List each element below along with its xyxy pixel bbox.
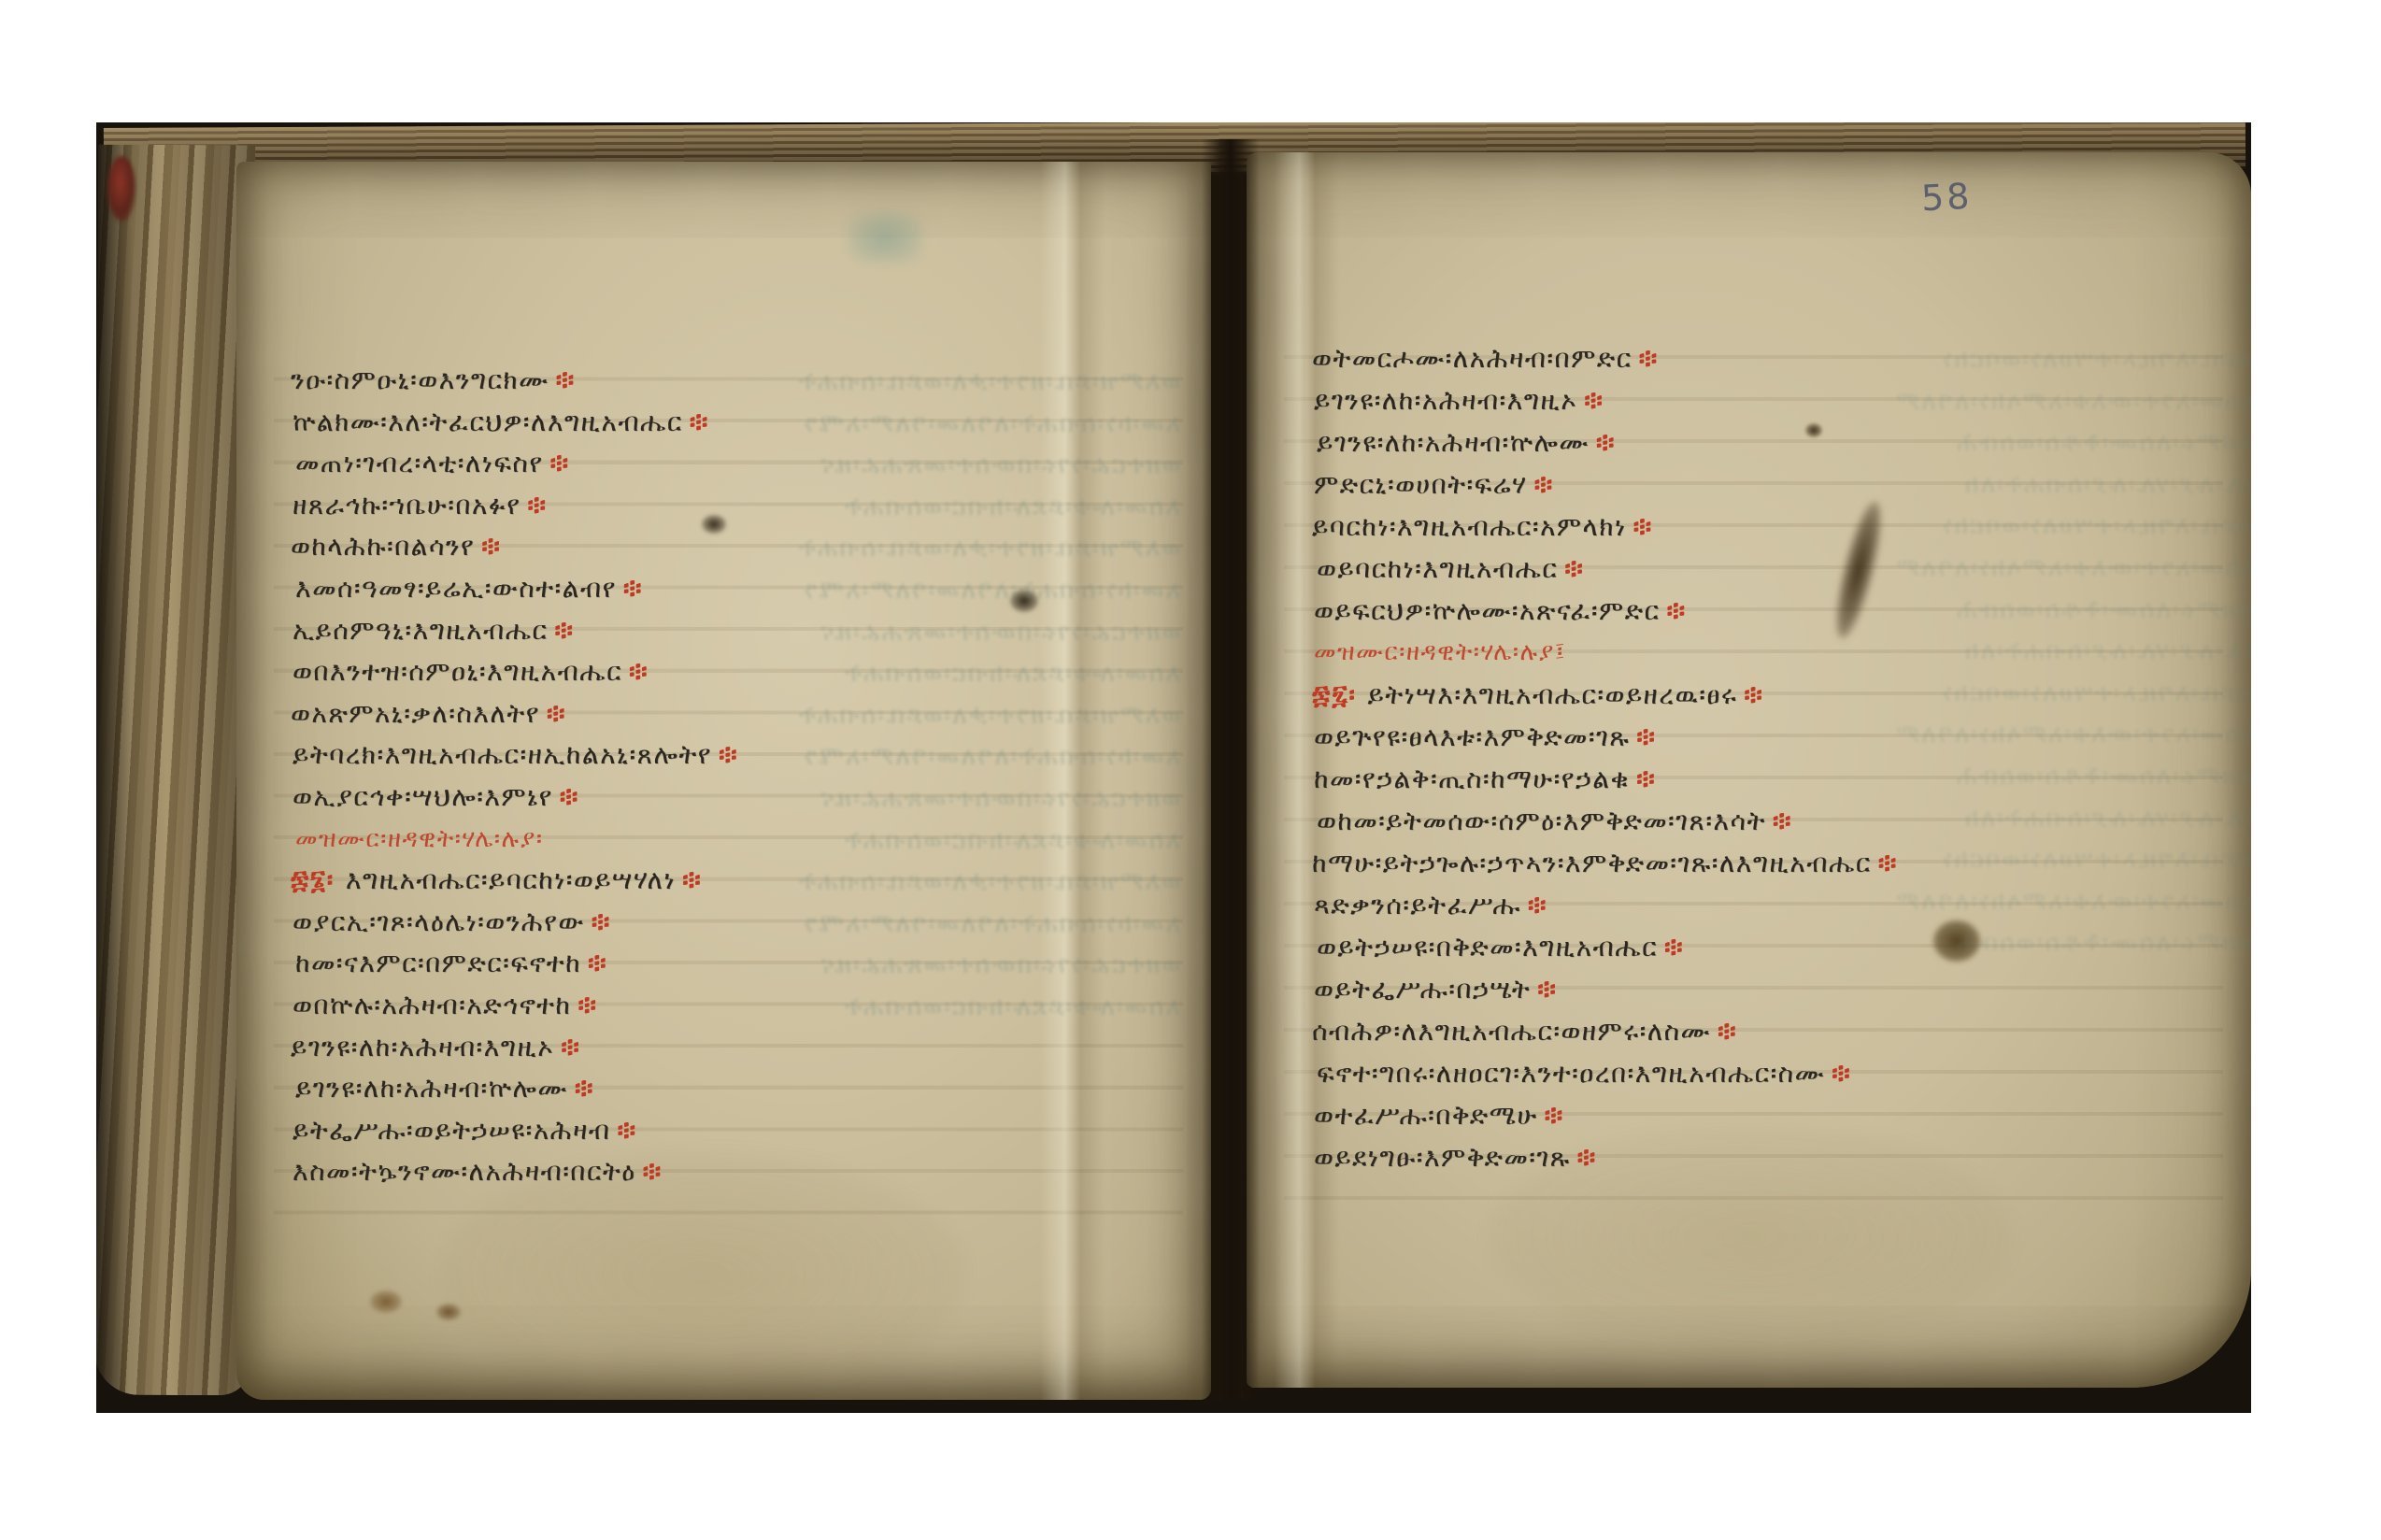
line-end-mark: ፨ (544, 448, 570, 478)
line-end-mark: ፨ (611, 1115, 637, 1146)
line-text: ወይፍርህዎ፡ኵሎሙ፡አጽናፈ፡ምድር (1314, 595, 1660, 626)
manuscript-line: ኢይሰምዓኒ፡እግዚአብሔር፨ (292, 610, 738, 652)
manuscript-line: ወይትኃሠዩ፡በቅድመ፡እግዚአብሔር፨ (1317, 926, 1903, 968)
line-text: ወይትፌሥሑ፡በኃሤት (1314, 974, 1531, 1005)
line-text: ኢይሰምዓኒ፡እግዚአብሔር (292, 615, 548, 646)
left-page: ወእምዝ፡ይቤ፡ዘንተ፡ቃለ፡ወይቤ፡ስብሐትአመ፡ኮነ፡ስብሐት፡ለዓለመ፡ዓ… (236, 162, 1211, 1400)
manuscript-line: ጻድቃንሰ፡ይትፈሥሑ፨ (1314, 884, 1900, 926)
line-end-mark: ፨ (554, 1032, 580, 1062)
line-text: ወይትኃሠዩ፡በቅድመ፡እግዚአብሔር (1317, 932, 1658, 962)
manuscript-line: ፷፮፡እግዚአብሔር፡ይባርከነ፡ወይሣሃለነ፨ (291, 860, 736, 902)
line-end-mark: ፨ (585, 906, 611, 937)
manuscript-line: ይባርከነ፡እግዚአብሔር፡አምላክነ፨ (1312, 506, 1898, 548)
line-end-mark: ፨ (1627, 511, 1653, 542)
line-end-mark: ፨ (1660, 595, 1686, 626)
line-text: ከማሁ፡ይትኃጐሉ፡ኃጥኣን፡እምቅድመ፡ገጹ፡ለእግዚአብሔር (1312, 848, 1872, 878)
line-end-mark: ፨ (1571, 1142, 1597, 1173)
line-text: እስመ፡ትኴንኖሙ፡ለአሕዛብ፡በርትዕ (292, 1156, 636, 1187)
manuscript-line: ከማሁ፡ይትኃጐሉ፡ኃጥኣን፡እምቅድመ፡ገጹ፡ለእግዚአብሔር፨ (1312, 842, 1898, 884)
right-page: 58 ወይቤ፡እግዚኦ፡ተሣሀለነ፡ወባርከነእስመ፡አንተ፡ውእቱ፡አምላክነ… (1247, 152, 2251, 1388)
binding-fragment (107, 156, 135, 221)
line-end-mark: ፨ (636, 1156, 663, 1187)
manuscript-line: መጠነ፡ገብረ፡ላቲ፡ለነፍስየ፨ (295, 443, 741, 485)
manuscript-line: ወይባርከነ፡እግዚአብሔር፨ (1317, 548, 1903, 590)
manuscript-line: ወኢያርኅቀ፡ሣህሎ፡እምኔየ፨ (292, 777, 738, 819)
line-text: እግዚአብሔር፡ይባርከነ፡ወይሣሃለነ (346, 864, 676, 895)
manuscript-line: ዘጸራኅኩ፡ኀቤሁ፡በአፉየ፨ (292, 485, 738, 527)
manuscript-line: ይትባረክ፡እግዚአብሔር፡ዘኢከልአኒ፡ጸሎትየ፨ (292, 734, 738, 777)
chapter-number-red: ፷፮፡ (291, 864, 346, 895)
manuscript-line: ወበኵሉ፡አሕዛብ፡አድኅኖተከ፨ (292, 985, 738, 1027)
line-text: ምድርኒ፡ወሀበት፡ፍሬሃ (1314, 469, 1528, 500)
manuscript-line: ወከመ፡ይትመሰው፡ሰምዕ፡እምቅድመ፡ገጸ፡እሳት፨ (1317, 800, 1903, 842)
line-text: መዝሙር፡ዘዳዊት፡ሃሌ፡ሉያ፤ (1314, 638, 1566, 666)
manuscript-line: ከመ፡ናእምር፡በምድር፡ፍኖተከ፨ (295, 943, 741, 985)
manuscript-line: እስመ፡ትኴንኖሙ፡ለአሕዛብ፡በርትዕ፨ (292, 1151, 738, 1193)
line-end-mark: ፨ (1630, 721, 1656, 752)
manuscript-line: ይገንዩ፡ለከ፡አሕዛብ፡እግዚኦ፨ (1314, 379, 1900, 421)
parchment-crease (1040, 162, 1105, 1400)
manuscript-line: ይገንዩ፡ለከ፡አሕዛብ፡ኵሎሙ፨ (1317, 421, 1903, 463)
manuscript-line: ኵልክሙ፡እለ፡ትፈርህዎ፡ለእግዚአብሔር፨ (292, 402, 738, 444)
manuscript-line: ወይደነግፁ፡እምቅድመ፡ገጹ፨ (1314, 1136, 1900, 1178)
line-end-mark: ፨ (553, 781, 579, 812)
manuscript-line: ወትመርሖሙ፡ለአሕዛብ፡በምድር፨ (1312, 337, 1898, 379)
manuscript-photo: ወእምዝ፡ይቤ፡ዘንተ፡ቃለ፡ወይቤ፡ስብሐትአመ፡ኮነ፡ስብሐት፡ለዓለመ፡ዓ… (96, 122, 2251, 1413)
line-text: ይገንዩ፡ለከ፡አሕዛብ፡ኵሎሙ (1317, 427, 1590, 458)
line-end-mark: ፨ (1766, 806, 1792, 836)
line-text: ወይባርከነ፡እግዚአብሔር (1317, 553, 1558, 584)
line-text: ዘጸራኅኩ፡ኀቤሁ፡በአፉየ (292, 490, 520, 520)
manuscript-line: ወይትፌሥሑ፡በኃሤት፨ (1314, 968, 1900, 1010)
manuscript-line: ይገንዩ፡ለከ፡አሕዛብ፡እግዚኦ፨ (291, 1027, 736, 1069)
line-end-mark: ፨ (1737, 679, 1763, 710)
line-text: ይትፌሥሑ፡ወይትኃሠዩ፡አሕዛብ (292, 1115, 611, 1146)
line-text: ወኢያርኅቀ፡ሣህሎ፡እምኔየ (292, 781, 553, 812)
stain (370, 1290, 402, 1313)
manuscript-line: ይትፌሥሑ፡ወይትኃሠዩ፡አሕዛብ፨ (292, 1110, 738, 1152)
line-text: ጻድቃንሰ፡ይትፈሥሑ (1314, 890, 1521, 920)
line-end-mark: ፨ (520, 490, 547, 520)
manuscript-line: ፍኖተ፡ግበሩ፡ለዘዐርገ፡እንተ፡ዐረበ፡እግዚአብሔር፡ስሙ፨ (1317, 1052, 1903, 1094)
manuscript-line: ወአጽምአኒ፡ቃለ፡ስእለትየ፨ (291, 693, 736, 735)
line-end-mark: ፨ (683, 406, 709, 437)
line-text: ፍኖተ፡ግበሩ፡ለዘዐርገ፡እንተ፡ዐረበ፡እግዚአብሔር፡ስሙ (1317, 1058, 1825, 1089)
line-text: ወያርኢ፡ገጾ፡ላዕሌነ፡ወንሕየው (292, 906, 585, 937)
line-text: መዝሙር፡ዘዳዊት፡ሃሌ፡ሉያ፡ (295, 825, 543, 853)
line-end-mark: ፨ (617, 573, 643, 604)
chapter-number-red: ፷፯፡ (1312, 679, 1368, 710)
line-end-mark: ፨ (568, 1073, 594, 1104)
line-text: ወተፈሥሑ፡በቅድሜሁ (1314, 1100, 1538, 1131)
line-text: ይገንዩ፡ለከ፡አሕዛብ፡እግዚኦ (291, 1032, 554, 1062)
line-end-mark: ፨ (1521, 890, 1547, 920)
line-text: ይትነሣእ፡እግዚአብሔር፡ወይዘረዉ፡ፀሩ (1368, 679, 1738, 710)
stain (1010, 590, 1038, 612)
line-end-mark: ፨ (475, 531, 501, 562)
book-gutter (1202, 139, 1260, 1401)
manuscript-line: ወበእንተዝ፡ሰምዐኒ፡እግዚአብሔር፨ (292, 651, 738, 693)
line-text: ይገንዩ፡ለከ፡አሕዛብ፡እግዚኦ (1314, 385, 1577, 416)
line-end-mark: ፨ (1531, 974, 1557, 1005)
line-end-mark: ፨ (712, 739, 738, 770)
line-end-mark: ፨ (571, 990, 597, 1020)
line-text: እመሰ፡ዓመፃ፡ይሬኢ፡ውስተ፡ልብየ (295, 573, 617, 604)
line-end-mark: ፨ (1538, 1100, 1564, 1131)
page-edges-stack (96, 145, 255, 1396)
left-page-text: ንዑ፡ስምዑኒ፡ወእንግርክሙ፨ኵልክሙ፡እለ፡ትፈርህዎ፡ለእግዚአብሔር፨መ… (292, 360, 738, 1193)
line-text: ንዑ፡ስምዑኒ፡ወእንግርክሙ (291, 364, 549, 395)
line-text: ወከላሕኩ፡በልሳንየ (291, 531, 475, 562)
line-end-mark: ፨ (1590, 427, 1616, 458)
line-text: ከመ፡ናእምር፡በምድር፡ፍኖተከ (295, 948, 581, 978)
stain (848, 212, 921, 263)
stain (436, 1304, 461, 1320)
manuscript-line: ምድርኒ፡ወሀበት፡ፍሬሃ፨ (1314, 463, 1900, 506)
right-page-text: ወትመርሖሙ፡ለአሕዛብ፡በምድር፨ይገንዩ፡ለከ፡አሕዛብ፡እግዚኦ፨ይገንዩ… (1314, 337, 1900, 1178)
manuscript-line: ንዑ፡ስምዑኒ፡ወእንግርክሙ፨ (291, 360, 736, 402)
manuscript-line: ወያርኢ፡ገጾ፡ላዕሌነ፡ወንሕየው፨ (292, 902, 738, 944)
line-text: ወትመርሖሙ፡ለአሕዛብ፡በምድር (1312, 343, 1632, 374)
line-end-mark: ፨ (581, 948, 607, 978)
line-text: ወበእንተዝ፡ሰምዐኒ፡እግዚአብሔር (292, 656, 622, 687)
manuscript-line: ይገንዩ፡ለከ፡አሕዛብ፡ኵሎሙ፨ (295, 1068, 741, 1110)
manuscript-line: መዝሙር፡ዘዳዊት፡ሃሌ፡ሉያ፡ (295, 819, 741, 861)
manuscript-line: መዝሙር፡ዘዳዊት፡ሃሌ፡ሉያ፤ (1314, 632, 1900, 674)
line-text: ወአጽምአኒ፡ቃለ፡ስእለትየ (291, 698, 540, 729)
manuscript-line: ወይፍርህዎ፡ኵሎሙ፡አጽናፈ፡ምድር፨ (1314, 590, 1900, 632)
line-text: ይባርከነ፡እግዚአብሔር፡አምላክነ (1312, 511, 1627, 542)
line-text: ወበኵሉ፡አሕዛብ፡አድኅኖተከ (292, 990, 571, 1020)
line-text: ወይጕየዩ፡ፀላእቱ፡እምቅድመ፡ገጹ (1314, 721, 1630, 752)
manuscript-line: ወይጕየዩ፡ፀላእቱ፡እምቅድመ፡ገጹ፨ (1314, 716, 1900, 758)
manuscript-line: ወከላሕኩ፡በልሳንየ፨ (291, 526, 736, 568)
manuscript-line: ወተፈሥሑ፡በቅድሜሁ፨ (1314, 1094, 1900, 1136)
manuscript-line: እመሰ፡ዓመፃ፡ይሬኢ፡ውስተ፡ልብየ፨ (295, 568, 741, 610)
line-text: መጠነ፡ገብረ፡ላቲ፡ለነፍስየ (295, 448, 544, 478)
line-end-mark: ፨ (549, 364, 576, 395)
line-end-mark: ፨ (548, 615, 574, 646)
line-text: ኵልክሙ፡እለ፡ትፈርህዎ፡ለእግዚአብሔር (292, 406, 683, 437)
line-end-mark: ፨ (1528, 469, 1554, 500)
line-end-mark: ፨ (1825, 1058, 1851, 1089)
line-end-mark: ፨ (540, 698, 566, 729)
line-end-mark: ፨ (1558, 553, 1584, 584)
line-end-mark: ፨ (676, 864, 702, 895)
line-end-mark: ፨ (1658, 932, 1684, 962)
line-end-mark: ፨ (1872, 848, 1898, 878)
page-number-pencil: 58 (1920, 176, 1974, 220)
line-text: ይትባረክ፡እግዚአብሔር፡ዘኢከልአኒ፡ጸሎትየ (292, 739, 712, 770)
manuscript-line: ከመ፡የኃልቅ፡ጢስ፡ከማሁ፡የኃልቁ፨ (1314, 758, 1900, 800)
line-end-mark: ፨ (1632, 343, 1659, 374)
line-end-mark: ፨ (622, 656, 649, 687)
line-end-mark: ፨ (1711, 1016, 1737, 1047)
stain (1933, 920, 1980, 962)
manuscript-line: ሰብሕዎ፡ለእግዚአብሔር፡ወዘምሩ፡ለስሙ፨ (1312, 1010, 1898, 1052)
manuscript-line: ፷፯፡ይትነሣእ፡እግዚአብሔር፡ወይዘረዉ፡ፀሩ፨ (1312, 674, 1898, 716)
line-text: ወከመ፡ይትመሰው፡ሰምዕ፡እምቅድመ፡ገጸ፡እሳት (1317, 806, 1766, 836)
line-end-mark: ፨ (1630, 763, 1656, 794)
line-text: ይገንዩ፡ለከ፡አሕዛብ፡ኵሎሙ (295, 1073, 568, 1104)
line-text: ወይደነግፁ፡እምቅድመ፡ገጹ (1314, 1142, 1571, 1173)
line-text: ሰብሕዎ፡ለእግዚአብሔር፡ወዘምሩ፡ለስሙ (1312, 1016, 1711, 1047)
line-text: ከመ፡የኃልቅ፡ጢስ፡ከማሁ፡የኃልቁ (1314, 763, 1630, 794)
line-end-mark: ፨ (1577, 385, 1604, 416)
